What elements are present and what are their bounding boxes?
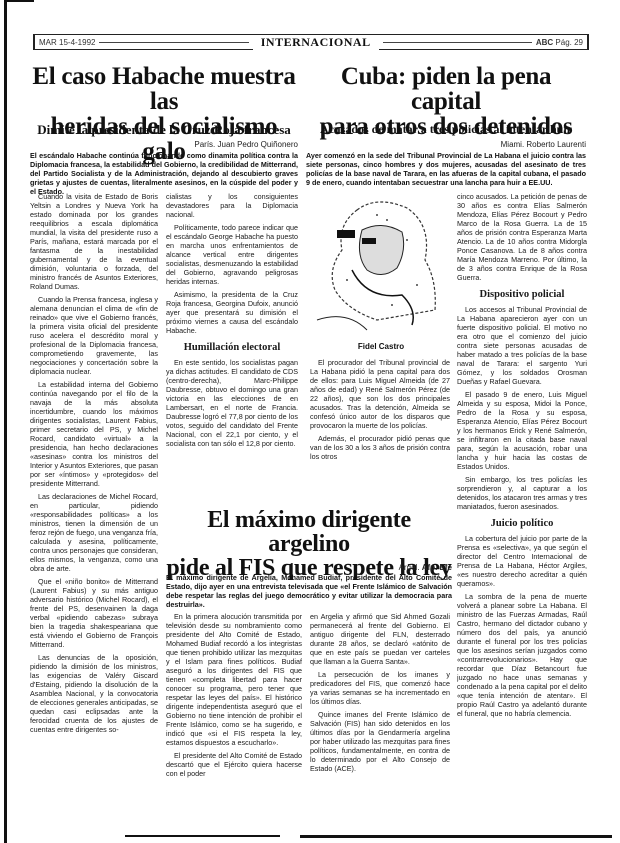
paragraph: En la primera alocución transmitida por … [166, 612, 302, 747]
page-header: MAR 15-4-1992 INTERNACIONAL ABC Pág. 29 [33, 34, 589, 50]
page-top-mark [4, 0, 34, 2]
article3-byline: Argel. Afp. Efe [166, 563, 452, 572]
article1-subhead: Dimite la presidenta de la Cruz Roja fra… [30, 122, 298, 138]
paragraph: cialistas y los consiguientes devastador… [166, 192, 298, 219]
paragraph: Los accesos al Tribunal Provincial de La… [457, 305, 587, 386]
paragraph: La sombra de la pena de muerte volverá a… [457, 592, 587, 718]
article3-column-2: en Argelia y afirmó que Sid Ahmed Gozali… [310, 612, 450, 802]
paragraph: El presidente del Alto Comité de Estado … [166, 751, 302, 778]
header-rule [383, 42, 532, 43]
issue-date: MAR 15-4-1992 [35, 38, 95, 47]
subsection-heading: Juicio político [457, 519, 587, 528]
paragraph: El procurador del Tribunal provincial de… [310, 358, 450, 430]
article3-column-1: En la primera alocución transmitida por … [166, 612, 302, 802]
paragraph: Que el «niño bonito» de Mitterrand (Laur… [30, 577, 158, 649]
headline-line: El caso Habache muestra las [30, 64, 298, 114]
fidel-castro-photo [307, 190, 455, 340]
article3-lead: El máximo dirigente de Argelia, Mohamed … [166, 573, 452, 609]
page-margin-bar [4, 0, 7, 843]
byline-agency: Afp. Efe [422, 563, 452, 572]
headline-line: El máximo dirigente argelino [166, 508, 452, 556]
article1-lead: El escándalo Habache continúa funcionand… [30, 151, 298, 196]
paragraph: La estabilidad interna del Gobierno cont… [30, 380, 158, 488]
paragraph: Además, el procurador pidió penas que va… [310, 434, 450, 461]
section-title: INTERNACIONAL [253, 35, 379, 50]
paragraph: La persecución de los imanes y predicado… [310, 670, 450, 706]
paragraph: Las declaraciones de Michel Rocard, en p… [30, 492, 158, 573]
header-rule [99, 42, 248, 43]
paragraph: Quince imanes del Frente Islámico de Sal… [310, 710, 450, 773]
paragraph: Políticamente, todo parece indicar que e… [166, 223, 298, 286]
subsection-heading: Humillación electoral [166, 343, 298, 352]
paragraph: Cuando la visita de Estado de Boris Yelt… [30, 192, 158, 291]
article2-column-1: El procurador del Tribunal provincial de… [310, 358, 450, 493]
article2-subhead: Acusados de matar a tres policías al int… [306, 122, 586, 137]
article1-headline: El caso Habache muestra las heridas del … [30, 64, 298, 164]
paragraph: cinco acusados. La petición de penas de … [457, 192, 587, 282]
page-label: Pág. 29 [555, 38, 583, 47]
byline-place: Argel. [399, 563, 420, 572]
page-number: ABC Pág. 29 [536, 38, 587, 47]
bottom-rule [300, 835, 612, 838]
paragraph: Sin embargo, los tres policías les sorpr… [457, 475, 587, 511]
paper-name: ABC [536, 38, 553, 47]
article2-byline: Miami. Roberto Laurenti [306, 140, 586, 149]
article1-column-2: cialistas y los consiguientes devastador… [166, 192, 298, 502]
paragraph: Cuando la Prensa francesa, inglesa y ale… [30, 295, 158, 376]
paragraph: La cobertura del juicio por parte de la … [457, 534, 587, 588]
headline-line: Cuba: piden la pena capital [306, 64, 586, 114]
bottom-rule [125, 835, 280, 837]
paragraph: En este sentido, los socialistas pagan y… [166, 358, 298, 448]
photo-caption: Fidel Castro [307, 342, 455, 351]
paragraph: Las denuncias de la oposición, pidiendo … [30, 653, 158, 734]
paragraph: en Argelia y afirmó que Sid Ahmed Gozali… [310, 612, 450, 666]
paragraph: El pasado 9 de enero, Luis Miguel Almeid… [457, 390, 587, 471]
article2-column-2: cinco acusados. La petición de penas de … [457, 192, 587, 797]
article1-column-1: Cuando la visita de Estado de Boris Yelt… [30, 192, 158, 832]
paragraph: Asimismo, la presidenta de la Cruz Roja … [166, 290, 298, 335]
subsection-heading: Dispositivo policial [457, 290, 587, 299]
article1-byline: París. Juan Pedro Quiñonero [30, 140, 298, 149]
article2-lead: Ayer comenzó en la sede del Tribunal Pro… [306, 151, 586, 187]
